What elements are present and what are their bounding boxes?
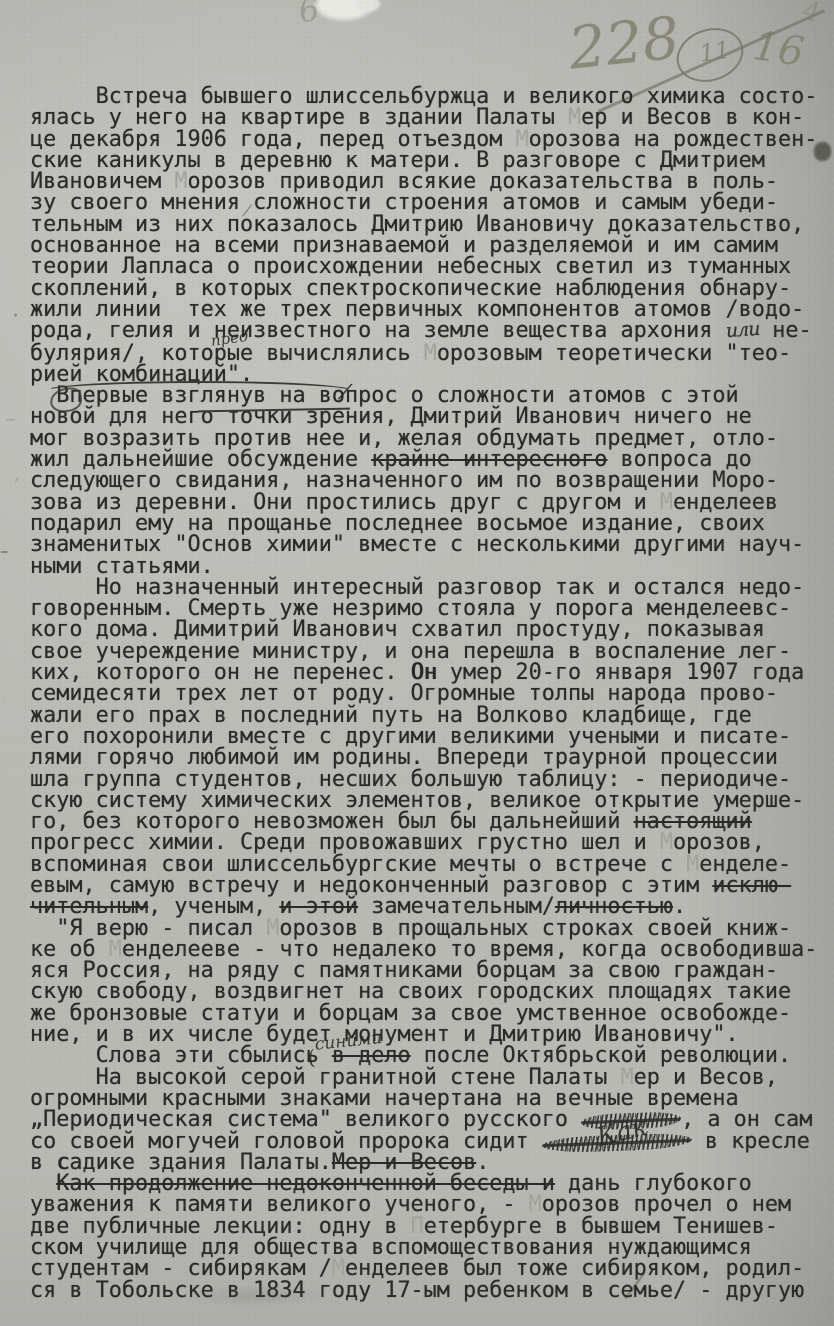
illegible-scribble (581, 1112, 681, 1131)
paragraph-1: Встреча бывшего шлиссельбуржца и великог… (30, 86, 834, 385)
typed-text: орозов приводил всякие доказательства в … (30, 169, 804, 343)
margin-comma: ‚ (14, 466, 20, 484)
paper-smudge (180, 1284, 330, 1308)
page-number-228: 228 (566, 8, 682, 77)
paper-white-spot-small (356, 0, 380, 12)
typescript-text: Встреча бывшего шлиссельбуржца и великог… (30, 86, 834, 1301)
handwritten-word: или (725, 319, 760, 343)
margin-dot: · (12, 306, 19, 328)
typed-text: М (424, 341, 437, 366)
illegible-scribble (542, 1132, 692, 1153)
circle-around-11 (670, 20, 751, 90)
paragraph-7: Как продолжение недоконченной беседы и д… (30, 1173, 834, 1301)
typed-text: енделееве - что недалеко то время, когда… (30, 937, 817, 1047)
typed-text: умер 20-го января 1907 года семидесяти т… (30, 660, 804, 834)
paragraph-5: Слова эти сбылись в дело после Октябрьск… (30, 1045, 834, 1066)
margin-dash-1: - (0, 538, 9, 564)
paragraph-4: "Я верю - писал Морозов в прощальных стр… (30, 918, 834, 1046)
ink-blob-right-edge (814, 142, 831, 161)
page-number-16: 16 (750, 26, 806, 73)
margin-underscore: _ (6, 402, 15, 420)
paragraph-2: Впервые взглянув на вопрос о сложности а… (30, 385, 834, 577)
transposition-arc (44, 381, 354, 401)
paragraph-3: Но назначенный интересный разговор так и… (30, 577, 834, 918)
paragraph-6: На высокой серой гранитной стене Палаты … (30, 1067, 834, 1173)
top-mark-6: 6 (296, 0, 322, 28)
document-page: 228111646пред//синими(Как/·_-‚ Встреча б… (0, 0, 834, 1326)
